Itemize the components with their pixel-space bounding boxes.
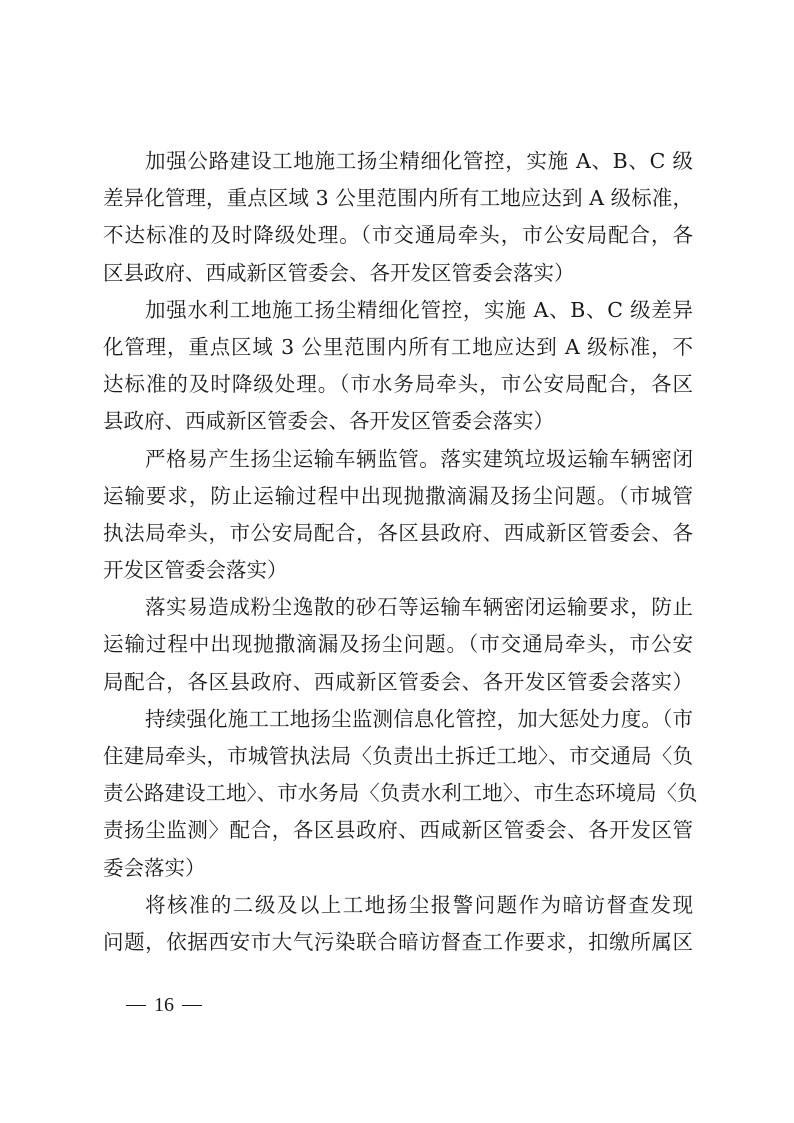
text-line: 严格易产生扬尘运输车辆监管。落实建筑垃圾运输车辆密闭	[103, 441, 693, 478]
text-line: 加强公路建设工地施工扬尘精细化管控，实施 A、B、C 级	[103, 143, 693, 180]
text-line: 局配合，各区县政府、西咸新区管委会、各开发区管委会落实）	[103, 664, 693, 701]
text-line: 将核准的二级及以上工地扬尘报警问题作为暗访督查发现	[103, 887, 693, 924]
document-body: 加强公路建设工地施工扬尘精细化管控，实施 A、B、C 级 差异化管理，重点区域 …	[103, 143, 693, 961]
text-line: 开发区管委会落实）	[103, 552, 693, 589]
text-line: 责公路建设工地〉、市水务局〈负责水利工地〉、市生态环境局〈负	[103, 775, 693, 812]
dash-left-decoration	[126, 1005, 146, 1007]
paragraph-transport-vehicle-supervision: 严格易产生扬尘运输车辆监管。落实建筑垃圾运输车辆密闭 运输要求，防止运输过程中出…	[103, 441, 693, 590]
text-line: 问题，依据西安市大气污染联合暗访督查工作要求，扣缴所属区	[103, 924, 693, 961]
paragraph-dust-monitoring-informatization: 持续强化施工工地扬尘监测信息化管控，加大惩处力度。（市 住建局牵头，市城管执法局…	[103, 701, 693, 887]
paragraph-water-conservancy-dust-control: 加强水利工地施工扬尘精细化管控，实施 A、B、C 级差异 化管理，重点区域 3 …	[103, 292, 693, 441]
page-number: 16	[126, 994, 202, 1017]
text-line: 达标准的及时降级处理。（市水务局牵头，市公安局配合，各区	[103, 366, 693, 403]
text-line: 差异化管理，重点区域 3 公里范围内所有工地应达到 A 级标准，	[103, 180, 693, 217]
text-line: 加强水利工地施工扬尘精细化管控，实施 A、B、C 级差异	[103, 292, 693, 329]
text-line: 持续强化施工工地扬尘监测信息化管控，加大惩处力度。（市	[103, 701, 693, 738]
text-line: 化管理，重点区域 3 公里范围内所有工地应达到 A 级标准，不	[103, 329, 693, 366]
text-line: 县政府、西咸新区管委会、各开发区管委会落实）	[103, 403, 693, 440]
text-line: 执法局牵头，市公安局配合，各区县政府、西咸新区管委会、各	[103, 515, 693, 552]
text-line: 落实易造成粉尘逸散的砂石等运输车辆密闭运输要求，防止	[103, 589, 693, 626]
paragraph-sand-gravel-vehicle-sealing: 落实易造成粉尘逸散的砂石等运输车辆密闭运输要求，防止 运输过程中出现抛撒滴漏及扬…	[103, 589, 693, 701]
text-line: 运输过程中出现抛撒滴漏及扬尘问题。（市交通局牵头，市公安	[103, 626, 693, 663]
text-line: 住建局牵头，市城管执法局〈负责出土拆迁工地〉、市交通局〈负	[103, 738, 693, 775]
text-line: 责扬尘监测〉配合，各区县政府、西咸新区管委会、各开发区管	[103, 812, 693, 849]
document-page: 加强公路建设工地施工扬尘精细化管控，实施 A、B、C 级 差异化管理，重点区域 …	[0, 0, 794, 1123]
text-line: 委会落实）	[103, 850, 693, 887]
page-number-value: 16	[154, 994, 174, 1017]
text-line: 区县政府、西咸新区管委会、各开发区管委会落实）	[103, 255, 693, 292]
text-line: 不达标准的及时降级处理。（市交通局牵头，市公安局配合，各	[103, 217, 693, 254]
dash-right-decoration	[182, 1005, 202, 1007]
paragraph-dust-alarm-inspection: 将核准的二级及以上工地扬尘报警问题作为暗访督查发现 问题，依据西安市大气污染联合…	[103, 887, 693, 961]
text-line: 运输要求，防止运输过程中出现抛撒滴漏及扬尘问题。（市城管	[103, 478, 693, 515]
paragraph-highway-dust-control: 加强公路建设工地施工扬尘精细化管控，实施 A、B、C 级 差异化管理，重点区域 …	[103, 143, 693, 292]
